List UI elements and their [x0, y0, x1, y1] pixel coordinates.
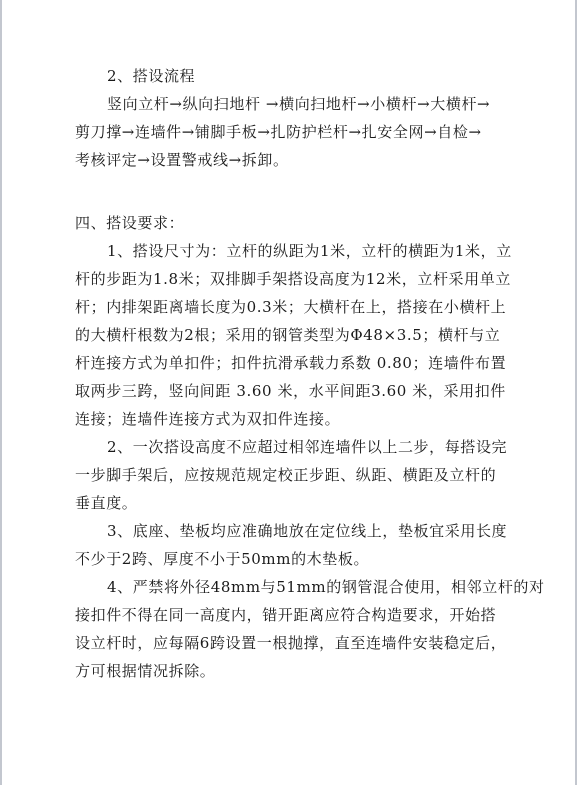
- paragraph-line: 杆的步距为1.8米；双排脚手架搭设高度为12米，立杆采用单立: [75, 265, 515, 293]
- section-requirements-heading: 四、搭设要求：: [75, 209, 515, 237]
- document-page: 2、搭设流程 竖向立杆→纵向扫地杆 →横向扫地杆→小横杆→大横杆→ 剪刀撑→连墙…: [75, 62, 515, 685]
- requirement-item-1: 1、搭设尺寸为：立杆的纵距为1米，立杆的横距为1米，立 杆的步距为1.8米；双排…: [75, 237, 515, 433]
- paragraph-line: 设立杆时，应每隔6跨设置一根抛撑，直至连墙件安装稳定后，: [75, 629, 515, 657]
- paragraph-line: 垂直度。: [75, 489, 515, 517]
- paragraph-line: 杆连接方式为单扣件；扣件抗滑承载力系数 0.80；连墙件布置: [75, 349, 515, 377]
- section-flow-heading: 2、搭设流程: [75, 62, 515, 90]
- paragraph-line: 一步脚手架后，应按规范规定校正步距、纵距、横距及立杆的: [75, 461, 515, 489]
- paragraph-line: 杆；内排架距离墙长度为0.3米；大横杆在上，搭接在小横杆上: [75, 293, 515, 321]
- paragraph-line: 不少于2跨、厚度不小于50mm的木垫板。: [75, 545, 515, 573]
- requirement-item-2: 2、一次搭设高度不应超过相邻连墙件以上二步，每搭设完 一步脚手架后，应按规范规定…: [75, 433, 515, 517]
- flow-line-1: 竖向立杆→纵向扫地杆 →横向扫地杆→小横杆→大横杆→: [75, 90, 515, 118]
- section-spacer: [75, 174, 515, 209]
- requirement-item-3: 3、底座、垫板均应准确地放在定位线上，垫板宜采用长度 不少于2跨、厚度不小于50…: [75, 517, 515, 573]
- paragraph-line: 连接；连墙件连接方式为双扣件连接。: [75, 405, 515, 433]
- flow-line-2: 剪刀撑→连墙件→铺脚手板→扎防护栏杆→扎安全网→自检→: [75, 118, 515, 146]
- paragraph-line: 取两步三跨，竖向间距 3.60 米，水平间距3.60 米，采用扣件: [75, 377, 515, 405]
- paragraph-line: 2、一次搭设高度不应超过相邻连墙件以上二步，每搭设完: [75, 433, 515, 461]
- paragraph-line: 1、搭设尺寸为：立杆的纵距为1米，立杆的横距为1米，立: [75, 237, 515, 265]
- paragraph-line: 接扣件不得在同一高度内，错开距离应符合构造要求，开始搭: [75, 601, 515, 629]
- paragraph-line: 3、底座、垫板均应准确地放在定位线上，垫板宜采用长度: [75, 517, 515, 545]
- paragraph-line: 方可根据情况拆除。: [75, 657, 515, 685]
- flow-line-3: 考核评定→设置警戒线→拆卸。: [75, 146, 515, 174]
- page-border-left: [0, 0, 2, 785]
- requirement-item-4: 4、严禁将外径48mm与51mm的钢管混合使用，相邻立杆的对 接扣件不得在同一高…: [75, 573, 515, 685]
- paragraph-line: 的大横杆根数为2根；采用的钢管类型为Φ48×3.5；横杆与立: [75, 321, 515, 349]
- paragraph-line: 4、严禁将外径48mm与51mm的钢管混合使用，相邻立杆的对: [75, 573, 515, 601]
